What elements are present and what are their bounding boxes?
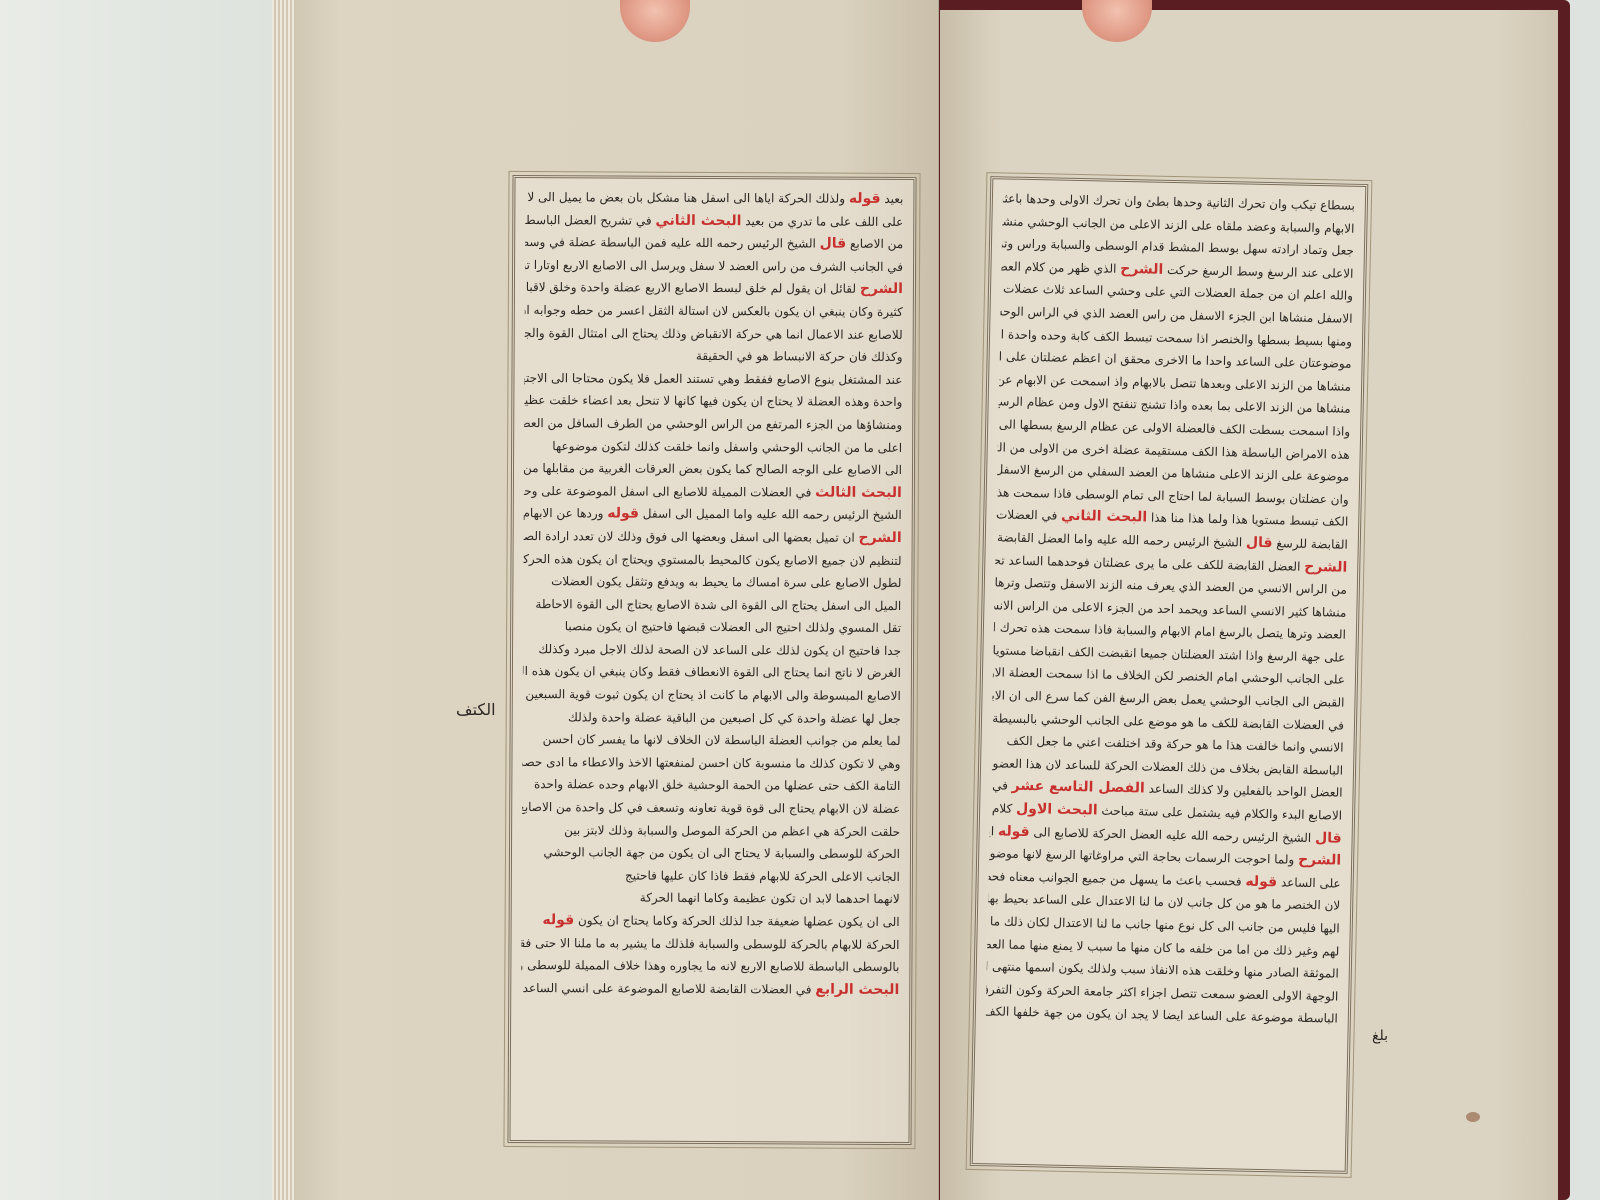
manuscript-line: جدا فاحتيج ان يكون لذلك على الساعد لان ا… [523, 638, 901, 663]
manuscript-line: على اللف على ما تدري من بعيد البحث الثان… [525, 209, 903, 234]
rubric-heading: البحث الثالث [815, 484, 902, 500]
manuscript-line: البحث الرابع في العضلات القابضة للاصابع … [521, 977, 899, 1002]
open-manuscript: بعيد قوله ولذلك الحركة اياها الى اسفل هن… [280, 0, 1570, 1200]
manuscript-line: الحركة للابهام بالحركة للوسطى والسبابة ف… [521, 932, 899, 957]
manuscript-line: من الاصابع قال الشيخ الرئيس رحمه الله عل… [525, 231, 903, 256]
rubric-heading: الشرح [1304, 558, 1347, 575]
rubric-heading: قال [1246, 534, 1273, 551]
left-text-block: بعيد قوله ولذلك الحركة اياها الى اسفل هن… [507, 175, 916, 1145]
manuscript-line: واحدة وهذه العضلة لا يحتاج ان يكون فيها … [524, 389, 902, 414]
manuscript-line: لما يعلم من جوانب العضلة الباسطة لان الخ… [523, 728, 901, 753]
rubric-heading: الفصل التاسع عشر [1012, 778, 1145, 797]
rubric-heading: البحث الثاني [655, 212, 741, 228]
manuscript-line: الشرح ان تميل بعضها الى اسفل وبعضها الى … [524, 525, 902, 550]
manuscript-line: الجانب الاعلى الحركة للابهام فقط فاذا كا… [522, 864, 900, 889]
manuscript-line: بالوسطى الباسطة للاصابع الاربع لانه ما ي… [521, 954, 899, 979]
rubric-heading: الشرح [1304, 558, 1347, 575]
manuscript-line: تقل المسوي ولذلك احتيج الى العضلات قبضها… [523, 615, 901, 640]
manuscript-line: الاصابع المبسوطة والى الابهام ما كانت اذ… [523, 683, 901, 708]
rubric-heading: قال [820, 236, 847, 252]
rubric-heading: الشرح [858, 530, 901, 546]
left-margin-note: الكتف [456, 700, 496, 719]
rubric-heading: الشرح [1298, 852, 1341, 869]
rubric-heading: الشرح [860, 281, 903, 297]
page-edges [272, 0, 294, 1200]
manuscript-line: عضلة لان الابهام يحتاج الى قوة قوية تعاو… [522, 796, 900, 821]
manuscript-line: وهي لا تكون كذلك ما منسوبة كان احسن لمنف… [522, 751, 900, 776]
manuscript-line: لانهما احدهما لابد ان تكون عظيمة وكاما ا… [522, 886, 900, 911]
manuscript-line: كثيرة وكان ينبغي ان يكون بالعكس لان استا… [525, 299, 903, 324]
rubric-heading: البحث الرابع [815, 981, 899, 997]
rubric-heading: قال [1246, 534, 1273, 551]
manuscript-line: حلقت الحركة هي اعظم من الحركة الموصل وال… [522, 819, 900, 844]
manuscript-line: وكذلك فان حركة الانبساط هو في الحقيقة [525, 344, 903, 369]
right-text-block: بسطاع تيكب وان تحرك الثانية وحدها بطئ وا… [970, 176, 1369, 1174]
manuscript-line: في الجانب الشرف من راس العضد لا سفل ويرس… [525, 254, 903, 279]
manuscript-line: الغرض لا ناتج انما يحتاج الى القوة الانع… [523, 660, 901, 685]
manuscript-line: لطول الاصابع على سرة امساك ما يحيط به وي… [523, 570, 901, 595]
rubric-heading: الشرح [1304, 558, 1347, 575]
rubric-heading: قوله [1245, 873, 1277, 890]
rubric-heading: قال [1315, 830, 1342, 847]
manuscript-line: الشيخ الرئيس رحمه الله عليه واما المميل … [524, 502, 902, 527]
manuscript-line: عند المشتغل بنوع الاصابع ففقط وهي تستند … [524, 367, 902, 392]
ink-stain [1466, 1112, 1480, 1122]
manuscript-line: التامة الكف حتى عضلها من الحمة الوحشية خ… [522, 773, 900, 798]
right-margin-note: بلغ [1372, 1028, 1388, 1044]
rubric-heading: قال [820, 236, 847, 252]
manuscript-line: للاصابع عند الاعمال انما هي حركة الانقبا… [525, 322, 903, 347]
left-page: بعيد قوله ولذلك الحركة اياها الى اسفل هن… [288, 0, 939, 1200]
rubric-heading: قوله [542, 912, 574, 928]
rubric-heading: قوله [607, 506, 639, 522]
rubric-heading: الشرح [1120, 261, 1163, 278]
manuscript-line: جعل لها عضلة واحدة كي كل اصبعين من الباق… [523, 706, 901, 731]
rubric-heading: الشرح [1120, 261, 1163, 278]
manuscript-line: الحركة للوسطى والسبابة لا يحتاج الى ان ي… [522, 841, 900, 866]
manuscript-line: البحث الثالث في العضلات المميلة للاصابع … [524, 480, 902, 505]
rubric-heading: قال [1315, 830, 1342, 847]
manuscript-line: بعيد قوله ولذلك الحركة اياها الى اسفل هن… [525, 186, 903, 211]
rubric-heading: البحث الاول [1016, 801, 1098, 819]
rubric-heading: قوله [849, 191, 881, 207]
manuscript-line: الى الاصابع على الوجه الصالح كما يكون بع… [524, 457, 902, 482]
rubric-heading: قال [820, 236, 847, 252]
rubric-heading: الشرح [858, 530, 901, 546]
rubric-heading: الشرح [1298, 852, 1341, 869]
rubric-heading: قوله [998, 823, 1030, 840]
right-page: بسطاع تيكب وان تحرك الثانية وحدها بطئ وا… [940, 10, 1558, 1200]
rubric-heading: البحث الثاني [1061, 508, 1147, 526]
manuscript-line: اعلى ما من الجانب الوحشي واسفل وانما خلق… [524, 435, 902, 460]
manuscript-line: ومنشاؤها من الجزء المرتفع من الراس الوحش… [524, 412, 902, 437]
rubric-heading: الشرح [1120, 261, 1163, 278]
rubric-heading: الشرح [860, 281, 903, 297]
table-surface [0, 0, 300, 1200]
rubric-heading: الشرح [1298, 852, 1341, 869]
manuscript-line: الى ان يكون عضلها ضعيفة جدا لذلك الحركة … [522, 909, 900, 934]
manuscript-line: الشرح لقائل ان يقول لم خلق لبسط الاصابع … [525, 276, 903, 301]
manuscript-line: الميل الى اسفل يحتاج الى القوة الى شدة ا… [523, 593, 901, 618]
manuscript-line: لتنظيم لان جميع الاصابع يكون كالمحيط بال… [523, 548, 901, 573]
